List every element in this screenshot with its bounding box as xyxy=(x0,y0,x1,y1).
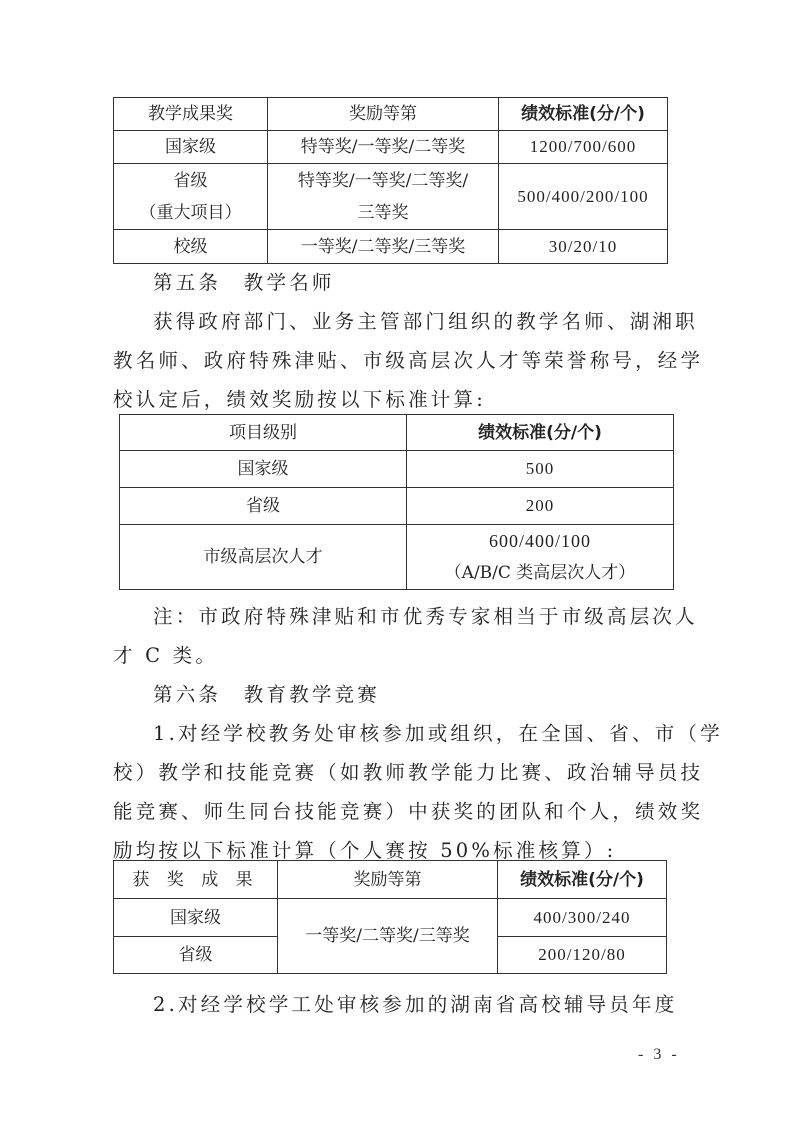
article-6-title: 第六条 教育教学竞赛 xyxy=(113,675,673,714)
header-cell: 绩效标准(分/个) xyxy=(498,861,667,899)
standard-cell: 500/400/200/100 xyxy=(499,164,668,230)
standard-cell: 500 xyxy=(407,451,674,488)
standard-cell: 1200/700/600 xyxy=(499,131,668,164)
page-number: - 3 - xyxy=(638,1046,680,1064)
item-2-section: 2.对经学校学工处审核参加的湖南省高校辅导员年度 xyxy=(113,985,673,1024)
teaching-achievement-table: 教学成果奖 奖励等第 绩效标准(分/个) 国家级 特等奖/一等奖/二等奖 120… xyxy=(113,97,668,264)
table-row: 国家级 特等奖/一等奖/二等奖 1200/700/600 xyxy=(114,131,668,164)
note-line: 才 C 类。 xyxy=(113,636,673,675)
paragraph-line: 1.对经学校教务处审核参加或组织，在全国、省、市（学 xyxy=(113,714,673,753)
article-5-title: 第五条 教学名师 xyxy=(113,263,673,302)
paragraph-line: 2.对经学校学工处审核参加的湖南省高校辅导员年度 xyxy=(113,985,673,1024)
level-cell: 省级 xyxy=(120,488,407,525)
level-cell: 市级高层次人才 xyxy=(120,525,407,590)
table-row: 市级高层次人才 600/400/100 （A/B/C 类高层次人才） xyxy=(120,525,674,590)
table-row: 国家级 一等奖/二等奖/三等奖 400/300/240 xyxy=(114,899,667,937)
paragraph-line: 校）教学和技能竞赛（如教师教学能力比赛、政治辅导员技 xyxy=(113,753,673,792)
header-cell: 奖励等第 xyxy=(268,98,499,131)
article-5-section: 第五条 教学名师 获得政府部门、业务主管部门组织的教学名师、湖湘职 教名师、政府… xyxy=(113,263,673,419)
level-subtext: （重大项目） xyxy=(114,197,267,229)
standard-subtext: （A/B/C 类高层次人才） xyxy=(407,557,673,589)
header-cell: 教学成果奖 xyxy=(114,98,268,131)
paragraph-line: 获得政府部门、业务主管部门组织的教学名师、湖湘职 xyxy=(113,302,673,341)
grades-cell: 特等奖/一等奖/二等奖 xyxy=(268,131,499,164)
header-cell: 绩效标准(分/个) xyxy=(407,415,674,451)
standard-cell: 30/20/10 xyxy=(499,230,668,264)
grades-cell: 一等奖/二等奖/三等奖 xyxy=(278,899,498,974)
article-6-section: 注：市政府特殊津贴和市优秀专家相当于市级高层次人 才 C 类。 第六条 教育教学… xyxy=(113,597,673,870)
standard-cell: 200 xyxy=(407,488,674,525)
table-header-row: 获 奖 成 果 奖励等第 绩效标准(分/个) xyxy=(114,861,667,899)
header-cell: 获 奖 成 果 xyxy=(114,861,278,899)
standard-cell: 200/120/80 xyxy=(498,937,667,974)
level-cell: 省级 xyxy=(114,937,278,974)
table-row: 省级 （重大项目） 特等奖/一等奖/二等奖/ 三等奖 500/400/200/1… xyxy=(114,164,668,230)
grades-text-cont: 三等奖 xyxy=(268,197,498,229)
standard-text: 600/400/100 xyxy=(407,525,673,557)
table-row: 校级 一等奖/二等奖/三等奖 30/20/10 xyxy=(114,230,668,264)
header-cell: 项目级别 xyxy=(120,415,407,451)
table-row: 省级 200 xyxy=(120,488,674,525)
standard-cell: 400/300/240 xyxy=(498,899,667,937)
document-page: 教学成果奖 奖励等第 绩效标准(分/个) 国家级 特等奖/一等奖/二等奖 120… xyxy=(0,0,793,1122)
level-cell: 省级 （重大项目） xyxy=(114,164,268,230)
level-cell: 国家级 xyxy=(114,899,278,937)
teaching-master-table: 项目级别 绩效标准(分/个) 国家级 500 省级 200 市级高层次人才 60… xyxy=(119,414,674,590)
table-header-row: 项目级别 绩效标准(分/个) xyxy=(120,415,674,451)
level-cell: 国家级 xyxy=(120,451,407,488)
competition-table: 获 奖 成 果 奖励等第 绩效标准(分/个) 国家级 一等奖/二等奖/三等奖 4… xyxy=(113,860,667,974)
standard-cell: 600/400/100 （A/B/C 类高层次人才） xyxy=(407,525,674,590)
level-text: 省级 xyxy=(114,165,267,197)
level-cell: 国家级 xyxy=(114,131,268,164)
grades-cell: 特等奖/一等奖/二等奖/ 三等奖 xyxy=(268,164,499,230)
level-cell: 校级 xyxy=(114,230,268,264)
header-cell: 绩效标准(分/个) xyxy=(499,98,668,131)
paragraph-line: 教名师、政府特殊津贴、市级高层次人才等荣誉称号，经学 xyxy=(113,341,673,380)
grades-cell: 一等奖/二等奖/三等奖 xyxy=(268,230,499,264)
table-row: 国家级 500 xyxy=(120,451,674,488)
paragraph-line: 能竞赛、师生同台技能竞赛）中获奖的团队和个人，绩效奖 xyxy=(113,792,673,831)
header-cell: 奖励等第 xyxy=(278,861,498,899)
grades-text: 特等奖/一等奖/二等奖/ xyxy=(268,165,498,197)
note-line: 注：市政府特殊津贴和市优秀专家相当于市级高层次人 xyxy=(113,597,673,636)
table-header-row: 教学成果奖 奖励等第 绩效标准(分/个) xyxy=(114,98,668,131)
